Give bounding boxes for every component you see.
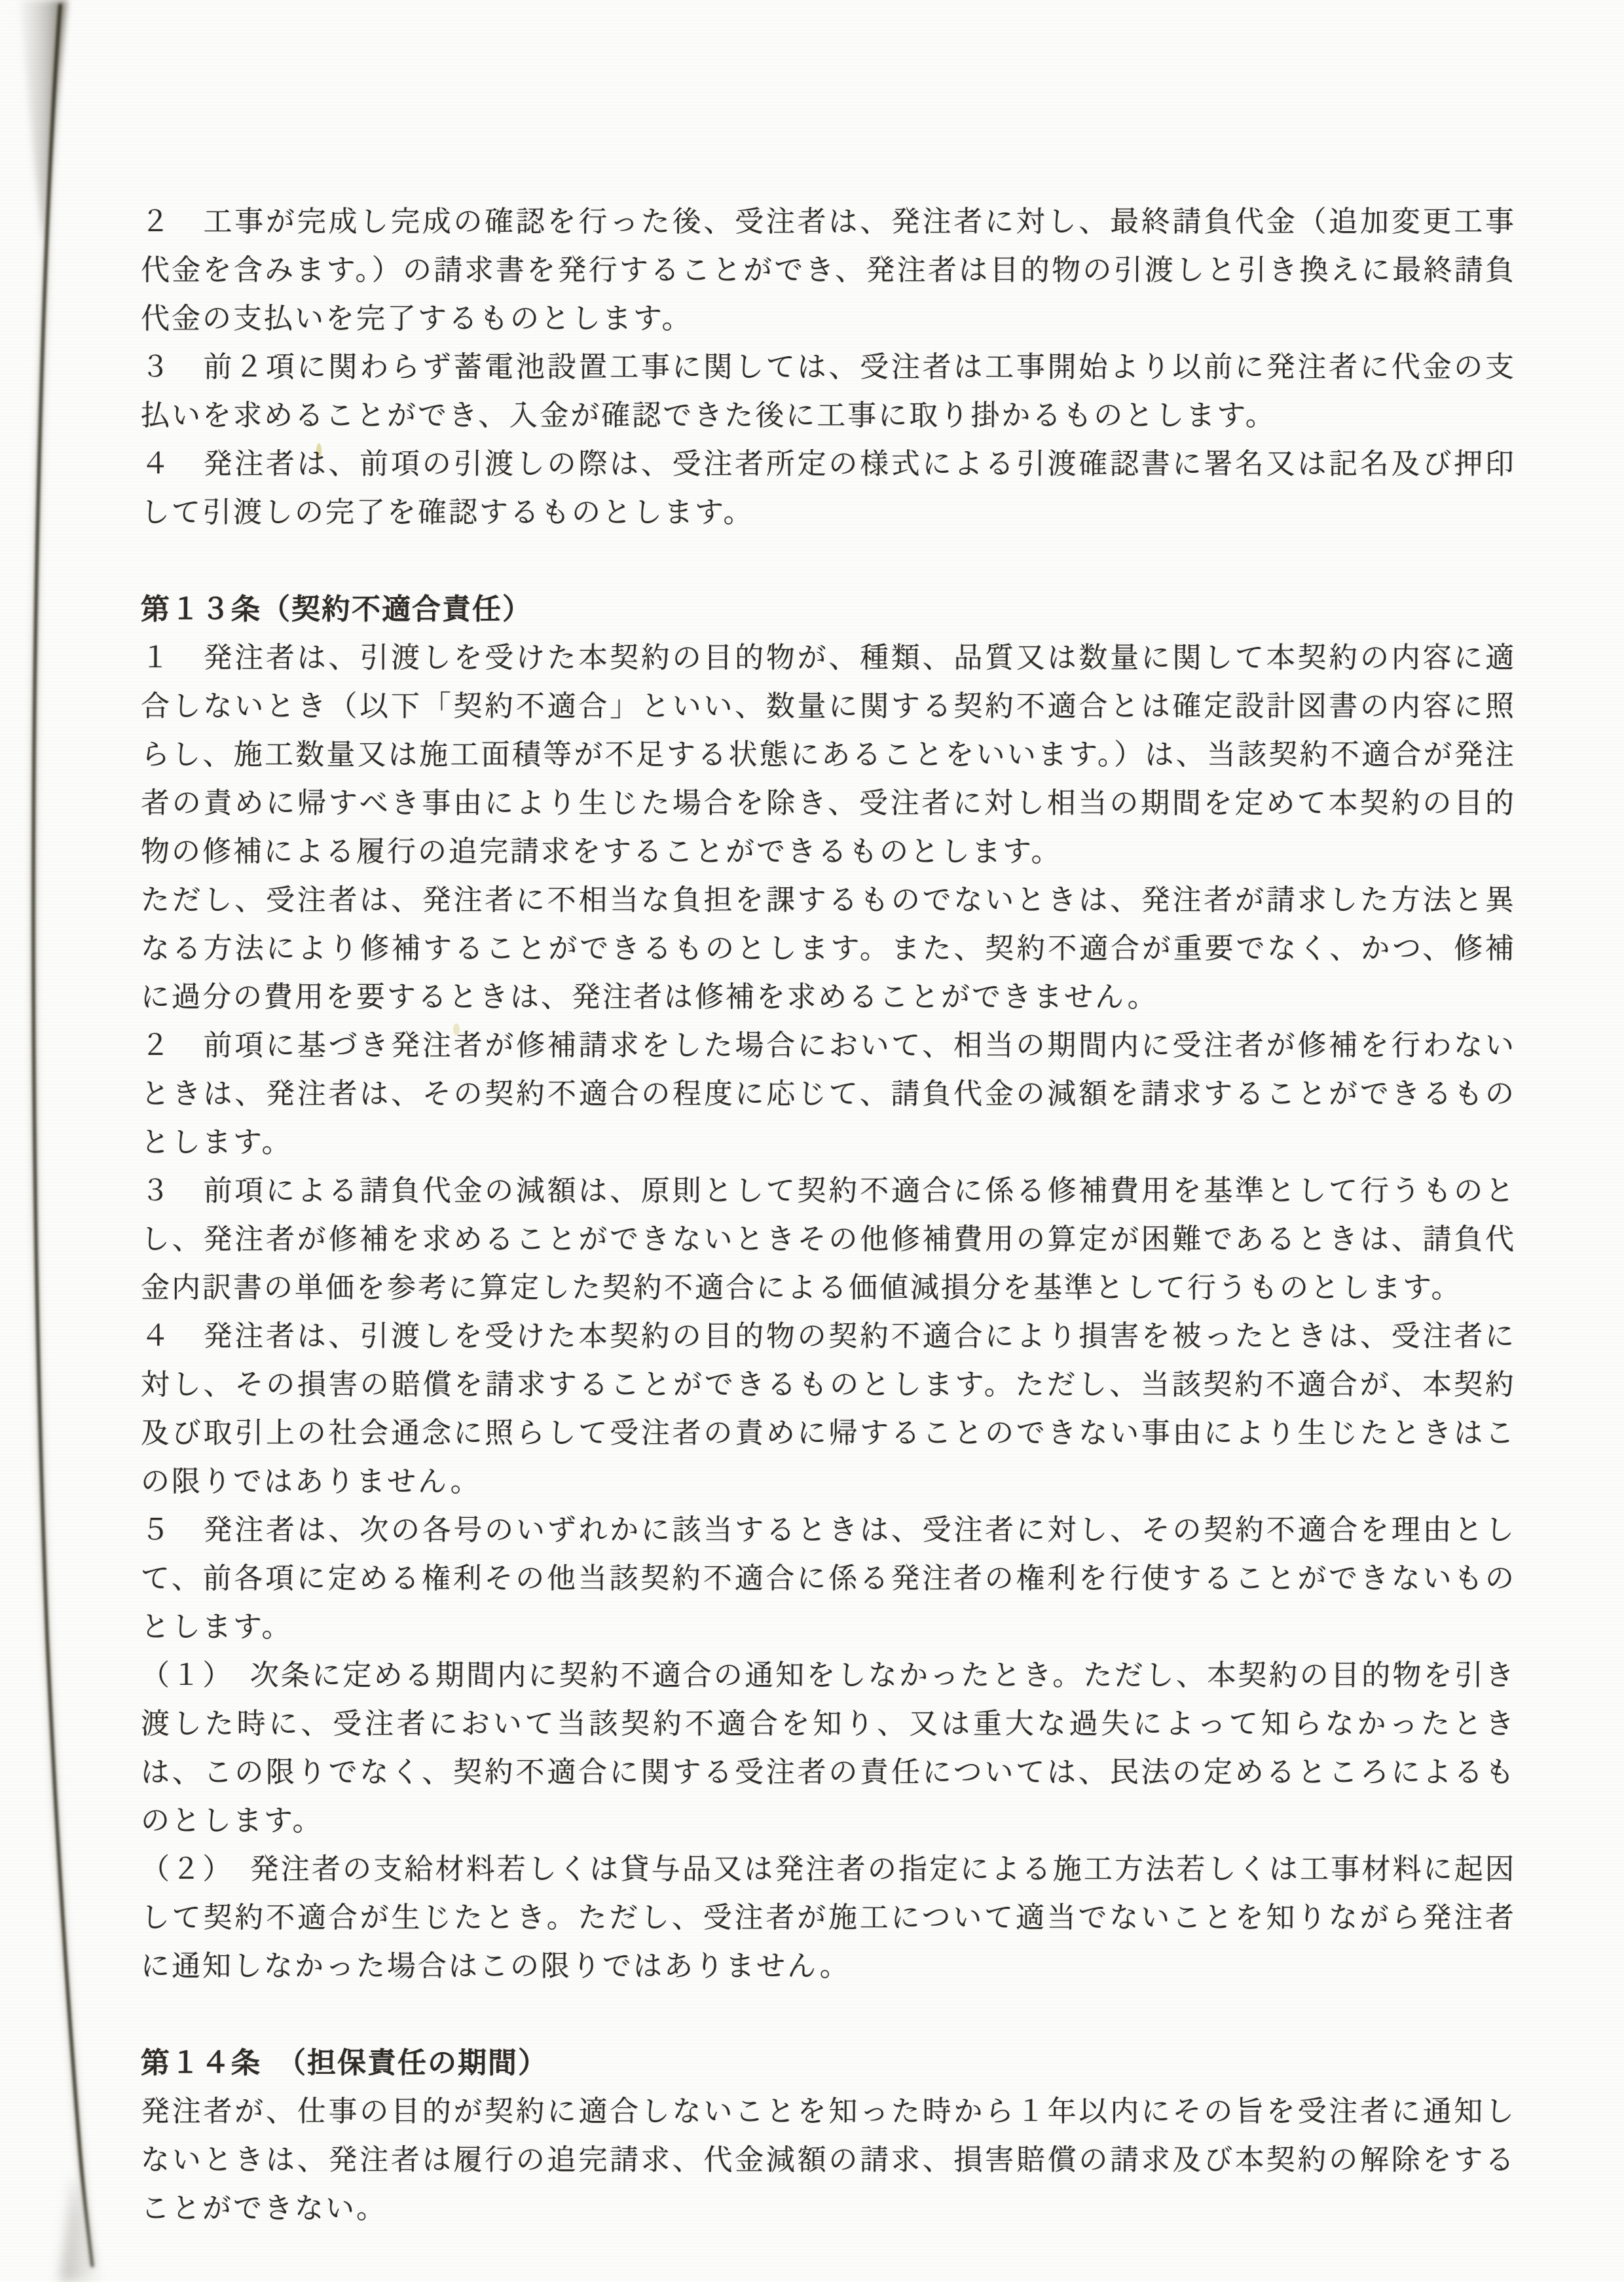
article-14-heading: 第１４条 （担保責任の期間）	[141, 2039, 1516, 2088]
clause-12-2: ２ 工事が完成し完成の確認を行った後、受注者は、発注者に対し、最終請負代金（追加…	[141, 198, 1516, 343]
page-edge-shadow-bottom	[60, 2174, 102, 2282]
scanned-contract-page: ２ 工事が完成し完成の確認を行った後、受注者は、発注者に対し、最終請負代金（追加…	[0, 0, 1624, 2282]
article-13-clause-5: ５ 発注者は、次の各号のいずれかに該当するときは、受注者に対し、その契約不適合を…	[141, 1506, 1516, 1651]
contract-text-block: ２ 工事が完成し完成の確認を行った後、受注者は、発注者に対し、最終請負代金（追加…	[141, 198, 1516, 2233]
page-edge-line	[33, 4, 92, 2267]
article-13-clause-1-proviso: ただし、受注者は、発注者に不相当な負担を課するものでないときは、発注者が請求した…	[141, 876, 1516, 1021]
article-13-clause-1: １ 発注者は、引渡しを受けた本契約の目的物が、種類、品質又は数量に関して本契約の…	[141, 634, 1516, 876]
article-13-item-2: （２） 発注者の支給材料若しくは貸与品又は発注者の指定による施工方法若しくは工事…	[141, 1845, 1516, 1991]
article-13-item-1: （１） 次条に定める期間内に契約不適合の通知をしなかったとき。ただし、本契約の目…	[141, 1651, 1516, 1845]
article-13-heading: 第１３条（契約不適合責任）	[141, 585, 1516, 634]
page-edge-halo	[33, 4, 92, 2267]
page-edge-shadow-top	[20, 0, 67, 242]
article-13-clause-2: ２ 前項に基づき発注者が修補請求をした場合において、相当の期間内に受注者が修補を…	[141, 1021, 1516, 1167]
article-13-clause-3: ３ 前項による請負代金の減額は、原則として契約不適合に係る修補費用を基準として行…	[141, 1167, 1516, 1312]
clause-12-3: ３ 前２項に関わらず蓄電池設置工事に関しては、受注者は工事開始より以前に発注者に…	[141, 343, 1516, 440]
article-13-clause-4: ４ 発注者は、引渡しを受けた本契約の目的物の契約不適合により損害を被ったときは、…	[141, 1312, 1516, 1506]
clause-12-4: ４ 発注者は、前項の引渡しの際は、受注者所定の様式による引渡確認書に署名又は記名…	[141, 440, 1516, 537]
article-14-body: 発注者が、仕事の目的が契約に適合しないことを知った時から１年以内にその旨を受注者…	[141, 2088, 1516, 2233]
